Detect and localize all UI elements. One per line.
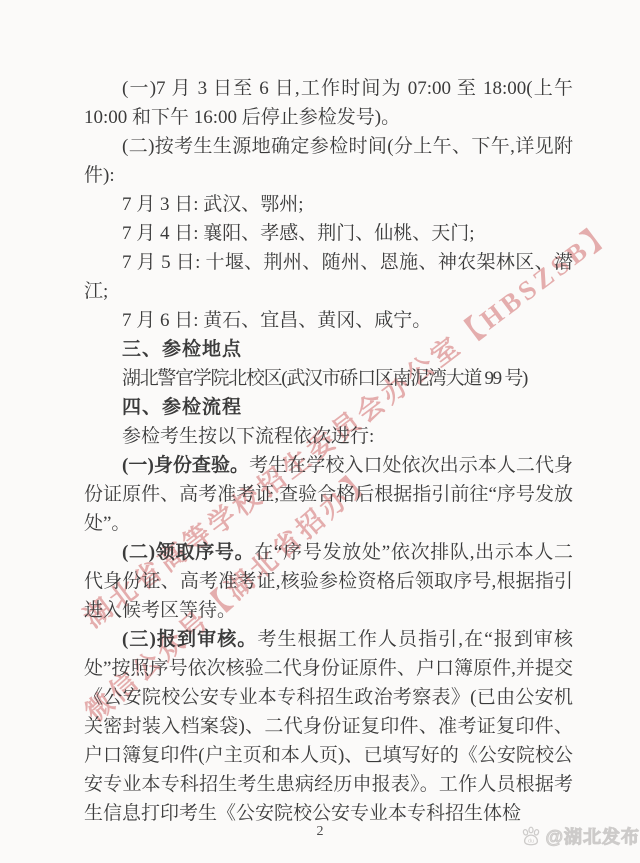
paragraph-text: 7 月 4 日: 襄阳、孝感、荆门、仙桃、天门;: [122, 223, 475, 244]
section-heading: 四、参检流程: [84, 393, 573, 422]
bold-lead: 四、参检流程: [122, 397, 242, 418]
paragraph: 7 月 4 日: 襄阳、孝感、荆门、仙桃、天门;: [84, 219, 573, 248]
svg-text:du: du: [528, 838, 534, 844]
bold-lead: (二)领取序号。: [122, 542, 254, 563]
paragraph-text: 7 月 6 日: 黄石、宜昌、黄冈、咸宁。: [122, 310, 431, 331]
paragraph: (二)领取序号。在“序号发放处”依次排队,出示本人二代身份证、高考准考证,核验参…: [84, 538, 573, 625]
document-body: (一)7 月 3 日至 6 日,工作时间为 07:00 至 18:00(上午 1…: [84, 74, 573, 828]
paragraph-text: (二)按考生生源地确定参检时间(分上午、下午,详见附件):: [84, 136, 573, 186]
paragraph-text: 7 月 3 日: 武汉、鄂州;: [122, 194, 304, 215]
paragraph: 7 月 5 日: 十堰、荆州、随州、恩施、神农架林区、潜江;: [84, 248, 573, 306]
bold-lead: (一)身份查验。: [122, 455, 249, 476]
baidu-paw-icon: du: [520, 825, 542, 847]
paragraph: (二)按考生生源地确定参检时间(分上午、下午,详见附件):: [84, 132, 573, 190]
paragraph-text: 湖北警官学院北校区(武汉市硚口区南泥湾大道 99 号): [122, 368, 527, 389]
paragraph: (一)7 月 3 日至 6 日,工作时间为 07:00 至 18:00(上午 1…: [84, 74, 573, 132]
publisher-watermark: du @湖北发布: [520, 823, 640, 849]
paragraph-text: 考生根据工作人员指引,在“报到审核处”按照序号依次核验二代身份证原件、户口簿原件…: [84, 629, 573, 824]
paragraph: 7 月 6 日: 黄石、宜昌、黄冈、咸宁。: [84, 306, 573, 335]
bold-lead: (三)报到审核。: [122, 629, 257, 650]
paragraph: 7 月 3 日: 武汉、鄂州;: [84, 190, 573, 219]
publisher-handle: @湖北发布: [545, 823, 640, 849]
paragraph-text: 参检考生按以下流程依次进行:: [122, 426, 374, 447]
paragraph-text: (一)7 月 3 日至 6 日,工作时间为 07:00 至 18:00(上午 1…: [84, 78, 573, 128]
section-heading: 三、参检地点: [84, 335, 573, 364]
paragraph: (一)身份查验。考生在学校入口处依次出示本人二代身份证原件、高考准考证,查验合格…: [84, 451, 573, 538]
paragraph: 参检考生按以下流程依次进行:: [84, 422, 573, 451]
paragraph: (三)报到审核。考生根据工作人员指引,在“报到审核处”按照序号依次核验二代身份证…: [84, 625, 573, 828]
document-page: 湖北省高等学校招生委员会办公室【HBSZSB】 微信公众号【湖北省招办】 (一)…: [0, 0, 640, 863]
paragraph-text: 7 月 5 日: 十堰、荆州、随州、恩施、神农架林区、潜江;: [84, 252, 573, 302]
paragraph: 湖北警官学院北校区(武汉市硚口区南泥湾大道 99 号): [84, 364, 573, 393]
bold-lead: 三、参检地点: [122, 339, 242, 360]
